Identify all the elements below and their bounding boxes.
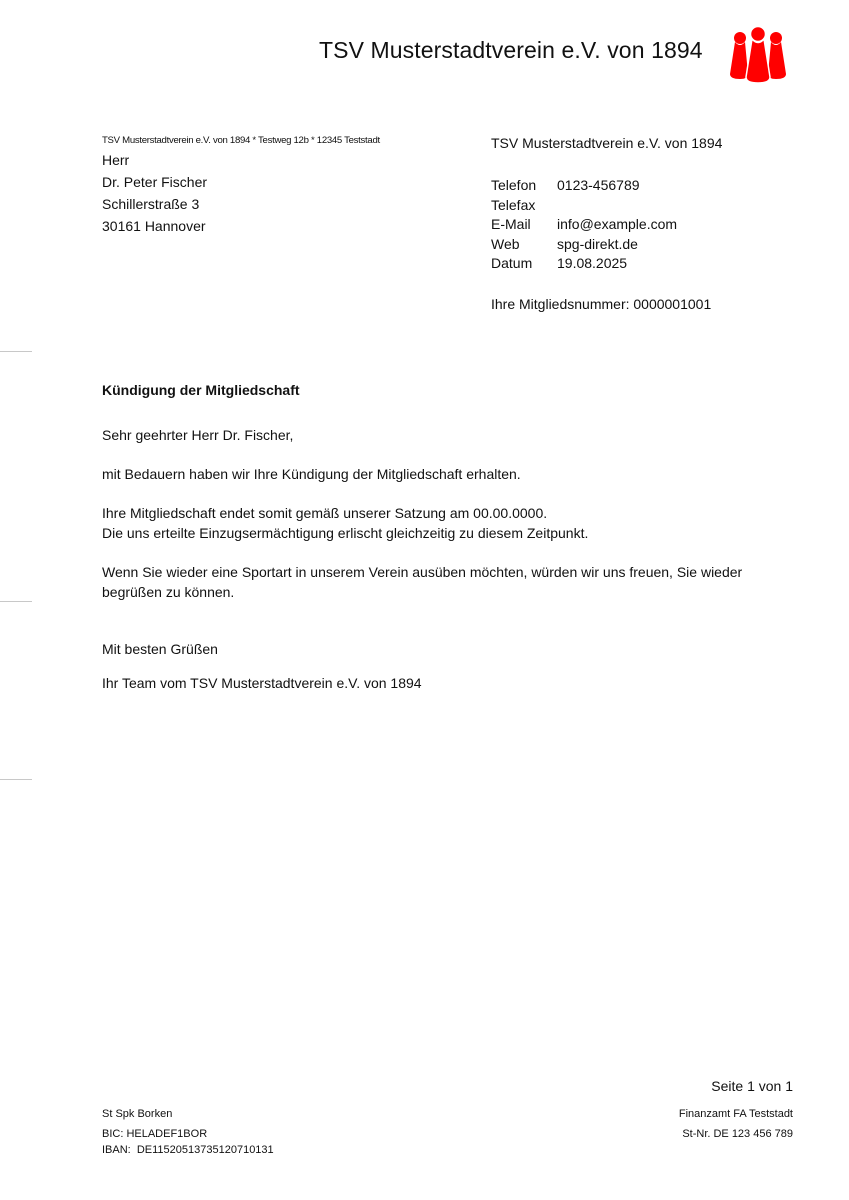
recipient-name: Dr. Peter Fischer — [102, 171, 207, 193]
contact-row-email: E-Mail info@example.com — [491, 215, 677, 235]
bank-name: St Spk Borken — [102, 1106, 274, 1122]
info-org-name: TSV Musterstadtverein e.V. von 1894 — [491, 135, 722, 151]
paragraph-line: Ihre Mitgliedschaft endet somit gemäß un… — [102, 504, 802, 524]
member-number: Ihre Mitgliedsnummer: 0000001001 — [491, 296, 711, 312]
contact-value: info@example.com — [557, 215, 677, 235]
tax-office: Finanzamt FA Teststadt — [679, 1106, 793, 1122]
recipient-salutation: Herr — [102, 149, 207, 171]
letter-signature: Ihr Team vom TSV Musterstadtverein e.V. … — [102, 674, 802, 694]
paragraph-line: begrüßen zu können. — [102, 583, 802, 603]
contact-value: 0123-456789 — [557, 176, 640, 196]
contact-value: spg-direkt.de — [557, 235, 638, 255]
recipient-city: 30161 Hannover — [102, 215, 207, 237]
three-pawns-logo-icon — [727, 24, 789, 84]
paragraph-line: Wenn Sie wieder eine Sportart in unserem… — [102, 563, 802, 583]
page-number: Seite 1 von 1 — [711, 1078, 793, 1094]
footer-bank-info: St Spk Borken BIC: HELADEF1BOR IBAN: DE1… — [102, 1106, 274, 1158]
contact-row-telefon: Telefon 0123-456789 — [491, 176, 677, 196]
contact-label: Telefax — [491, 196, 557, 216]
contact-label: Datum — [491, 254, 557, 274]
hole-punch-mark — [0, 779, 32, 780]
recipient-street: Schillerstraße 3 — [102, 193, 207, 215]
paragraph-line: Die uns erteilte Einzugsermächtigung erl… — [102, 524, 802, 544]
bank-iban: IBAN: DE11520513735120710131 — [102, 1142, 274, 1158]
letter-paragraph-1: mit Bedauern haben wir Ihre Kündigung de… — [102, 465, 802, 485]
footer-tax-info: Finanzamt FA Teststadt St-Nr. DE 123 456… — [679, 1106, 793, 1142]
bank-bic: BIC: HELADEF1BOR — [102, 1126, 274, 1142]
recipient-address: Herr Dr. Peter Fischer Schillerstraße 3 … — [102, 149, 207, 237]
contact-row-datum: Datum 19.08.2025 — [491, 254, 677, 274]
tax-number: St-Nr. DE 123 456 789 — [679, 1126, 793, 1142]
fold-mark — [0, 351, 32, 352]
letterhead-title: TSV Musterstadtverein e.V. von 1894 — [319, 37, 703, 64]
contact-label: E-Mail — [491, 215, 557, 235]
letter-closing: Mit besten Grüßen — [102, 640, 802, 660]
contact-value: 19.08.2025 — [557, 254, 627, 274]
fold-mark — [0, 601, 32, 602]
letter-greeting: Sehr geehrter Herr Dr. Fischer, — [102, 426, 802, 446]
sender-return-address: TSV Musterstadtverein e.V. von 1894 * Te… — [102, 135, 380, 146]
letter-subject: Kündigung der Mitgliedschaft — [102, 382, 300, 398]
contact-label: Telefon — [491, 176, 557, 196]
contact-info-block: Telefon 0123-456789 Telefax E-Mail info@… — [491, 176, 677, 274]
contact-row-telefax: Telefax — [491, 196, 677, 216]
contact-row-web: Web spg-direkt.de — [491, 235, 677, 255]
letter-paragraph-2: Ihre Mitgliedschaft endet somit gemäß un… — [102, 504, 802, 543]
letter-paragraph-3: Wenn Sie wieder eine Sportart in unserem… — [102, 563, 802, 602]
contact-label: Web — [491, 235, 557, 255]
